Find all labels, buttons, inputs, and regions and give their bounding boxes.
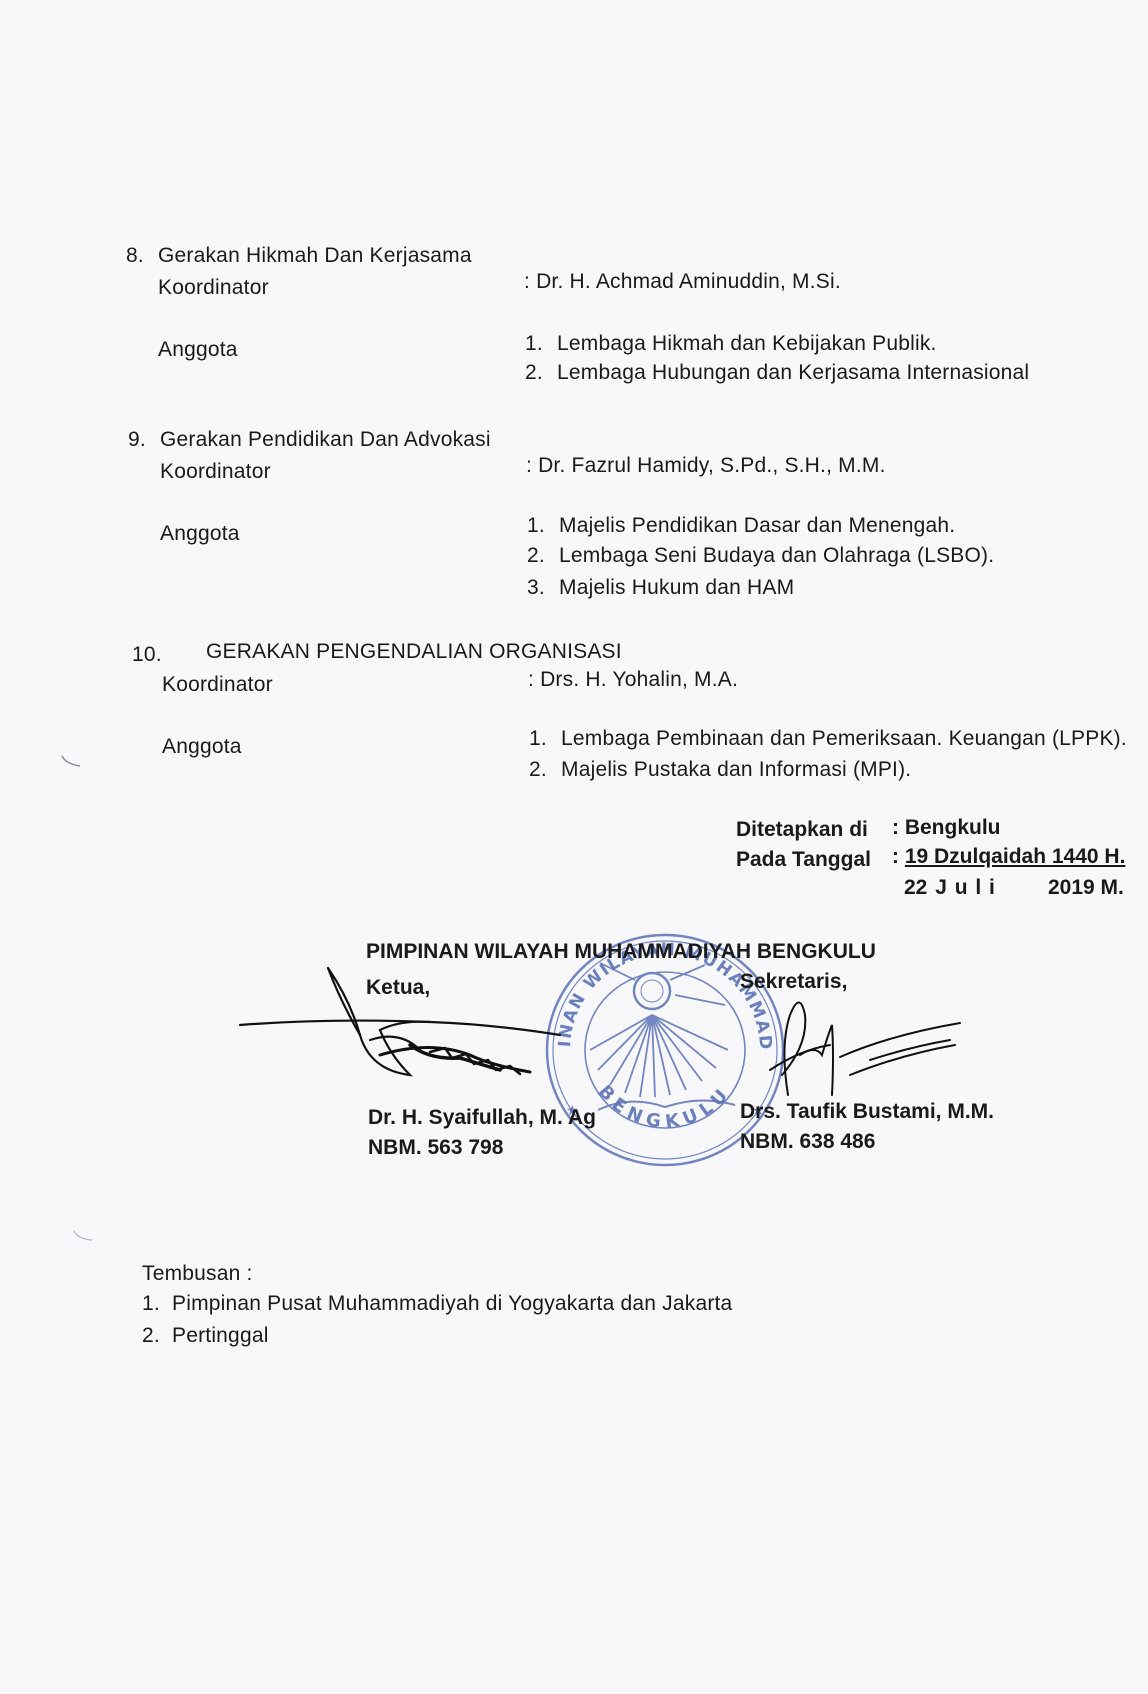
- members-label: Anggota: [158, 338, 238, 362]
- member-item: 1.Majelis Pendidikan Dasar dan Menengah.: [527, 514, 955, 538]
- date-hijri-text: 19 Dzulqaidah 1440 H.: [905, 845, 1126, 868]
- member-number: 2.: [529, 758, 561, 782]
- member-text: Lembaga Pembinaan dan Pemeriksaan. Keuan…: [561, 727, 1127, 750]
- chairman-nbm: NBM. 563 798: [368, 1136, 503, 1160]
- copy-number: 2.: [142, 1324, 172, 1348]
- member-text: Majelis Pustaka dan Informasi (MPI).: [561, 758, 911, 781]
- member-item: 1.Lembaga Hikmah dan Kebijakan Publik.: [525, 332, 937, 356]
- member-text: Lembaga Hubungan dan Kerjasama Internasi…: [557, 361, 1029, 384]
- member-item: 2.Lembaga Hubungan dan Kerjasama Interna…: [525, 361, 1029, 385]
- secretary-signature: [760, 985, 970, 1115]
- section-title-text: GERAKAN PENGENDALIAN ORGANISASI: [206, 640, 622, 664]
- member-number: 1.: [525, 332, 557, 356]
- chairman-signature: [230, 960, 650, 1100]
- section-number: 8.: [126, 244, 158, 268]
- member-item: 2.Majelis Pustaka dan Informasi (MPI).: [529, 758, 911, 782]
- scan-mark: [58, 752, 88, 776]
- section-number: 10.: [132, 643, 162, 667]
- member-number: 1.: [527, 514, 559, 538]
- section-number: 9.: [128, 428, 160, 452]
- coordinator-name: : Dr. H. Achmad Aminuddin, M.Si.: [524, 270, 841, 294]
- section-title: 9.Gerakan Pendidikan Dan Advokasi: [128, 428, 491, 452]
- scan-mark: [70, 1225, 100, 1249]
- member-text: Lembaga Hikmah dan Kebijakan Publik.: [557, 332, 937, 355]
- date-hijri: : 19 Dzulqaidah 1440 H.: [892, 845, 1125, 869]
- copies-label: Tembusan :: [142, 1262, 253, 1286]
- member-number: 2.: [527, 544, 559, 568]
- copy-number: 1.: [142, 1292, 172, 1316]
- members-label: Anggota: [162, 735, 242, 759]
- member-item: 2.Lembaga Seni Budaya dan Olahraga (LSBO…: [527, 544, 994, 568]
- coordinator-label: Koordinator: [162, 673, 273, 697]
- copy-item: 1.Pimpinan Pusat Muhammadiyah di Yogyaka…: [142, 1292, 732, 1316]
- colon: :: [892, 845, 905, 868]
- copy-text: Pertinggal: [172, 1324, 269, 1347]
- secretary-nbm: NBM. 638 486: [740, 1130, 875, 1154]
- place-value: : Bengkulu: [892, 816, 1001, 840]
- copy-text: Pimpinan Pusat Muhammadiyah di Yogyakart…: [172, 1292, 732, 1315]
- member-number: 2.: [525, 361, 557, 385]
- copy-item: 2.Pertinggal: [142, 1324, 269, 1348]
- member-number: 3.: [527, 576, 559, 600]
- member-text: Majelis Hukum dan HAM: [559, 576, 794, 599]
- section-title: 8.Gerakan Hikmah Dan Kerjasama: [126, 244, 472, 268]
- place-label: Ditetapkan di: [736, 818, 868, 842]
- section-title-text: Gerakan Pendidikan Dan Advokasi: [160, 428, 491, 451]
- coordinator-name: : Dr. Fazrul Hamidy, S.Pd., S.H., M.M.: [526, 454, 886, 478]
- date-gregorian-year: 2019 M.: [1048, 876, 1124, 900]
- member-text: Majelis Pendidikan Dasar dan Menengah.: [559, 514, 955, 537]
- members-label: Anggota: [160, 522, 240, 546]
- coordinator-label: Koordinator: [158, 276, 269, 300]
- coordinator-label: Koordinator: [160, 460, 271, 484]
- coordinator-name: : Drs. H. Yohalin, M.A.: [528, 668, 738, 692]
- date-gregorian-day-month: 22 J u l i: [904, 876, 995, 900]
- date-label: Pada Tanggal: [736, 848, 871, 872]
- member-number: 1.: [529, 727, 561, 751]
- chairman-name: Dr. H. Syaifullah, M. Ag: [368, 1106, 596, 1130]
- member-text: Lembaga Seni Budaya dan Olahraga (LSBO).: [559, 544, 994, 567]
- member-item: 1.Lembaga Pembinaan dan Pemeriksaan. Keu…: [529, 727, 1127, 751]
- member-item: 3.Majelis Hukum dan HAM: [527, 576, 794, 600]
- section-title-text: Gerakan Hikmah Dan Kerjasama: [158, 244, 472, 267]
